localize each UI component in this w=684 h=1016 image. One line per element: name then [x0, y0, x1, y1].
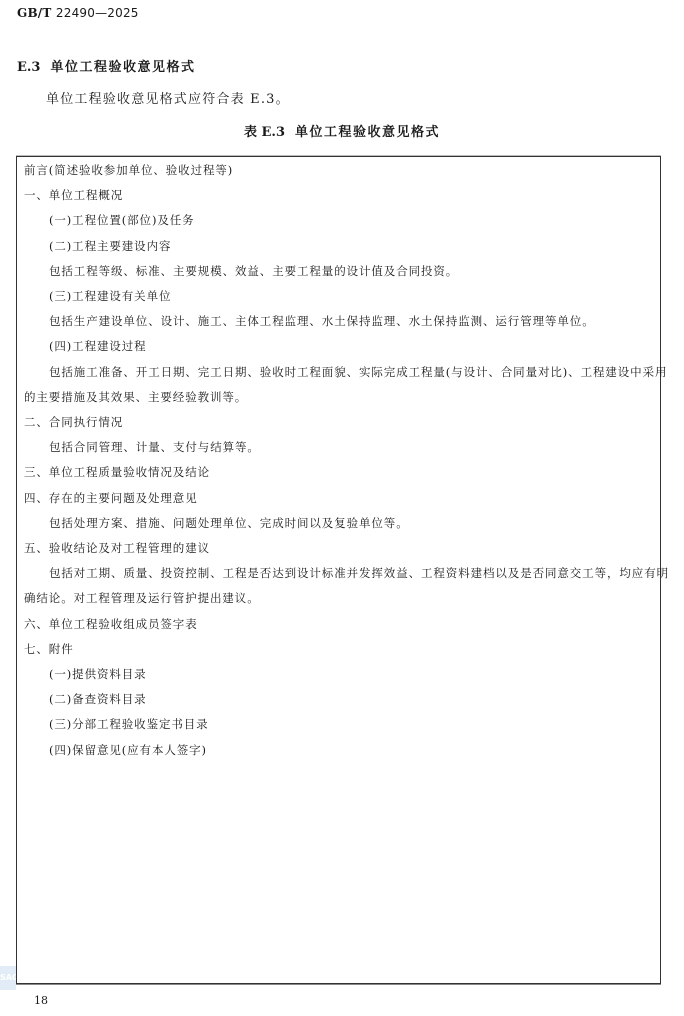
form-line: 二、合同执行情况	[24, 414, 123, 430]
standard-number: 22490—2025	[56, 6, 139, 20]
form-line: (三)工程建设有关单位	[49, 288, 171, 304]
form-line: (二)工程主要建设内容	[49, 238, 171, 254]
form-line: 七、附件	[24, 641, 74, 657]
form-line: 确结论。对工程管理及运行管护提出建议。	[24, 590, 260, 606]
form-line: 的主要措施及其效果、主要经验教训等。	[24, 389, 247, 405]
document-header: GB/T 22490—2025	[17, 6, 139, 20]
intro-paragraph: 单位工程验收意见格式应符合表 E.3。	[46, 88, 290, 107]
page-number: 18	[34, 994, 48, 1007]
form-line: 包括工程等级、标准、主要规模、效益、主要工程量的设计值及合同投资。	[49, 263, 458, 279]
table-code: 表 E.3	[244, 125, 285, 140]
form-line: 包括合同管理、计量、支付与结算等。	[49, 439, 260, 455]
sac-watermark: SAC	[0, 966, 16, 990]
form-line: 包括生产建设单位、设计、施工、主体工程监理、水土保持监理、水土保持监测、运行管理…	[49, 313, 595, 329]
section-title-text: 单位工程验收意见格式	[50, 60, 195, 75]
form-line: (四)工程建设过程	[49, 338, 147, 354]
form-line: 一、单位工程概况	[24, 187, 123, 203]
form-line: 包括对工期、质量、投资控制、工程是否达到设计标准并发挥效益、工程资料建档以及是否…	[49, 565, 669, 581]
form-line: 四、存在的主要问题及处理意见	[24, 490, 198, 506]
form-line: 六、单位工程验收组成员签字表	[24, 616, 198, 632]
form-line: (三)分部工程验收鉴定书目录	[49, 716, 209, 732]
form-line: (一)提供资料目录	[49, 666, 147, 682]
table-caption: 表 E.3单位工程验收意见格式	[0, 121, 684, 140]
section-code: E.3	[17, 60, 40, 75]
form-line: (二)备查资料目录	[49, 691, 147, 707]
form-line: (一)工程位置(部位)及任务	[49, 212, 195, 228]
table-title: 单位工程验收意见格式	[295, 125, 440, 140]
form-line: 包括施工准备、开工日期、完工日期、验收时工程面貌、实际完成工程量(与设计、合同量…	[49, 364, 667, 380]
section-heading: E.3单位工程验收意见格式	[17, 56, 196, 75]
form-line: 前言(简述验收参加单位、验收过程等)	[24, 162, 233, 178]
form-line: (四)保留意见(应有本人签字)	[49, 742, 207, 758]
form-line: 五、验收结论及对工程管理的建议	[24, 540, 210, 556]
form-line: 三、单位工程质量验收情况及结论	[24, 464, 210, 480]
form-line: 包括处理方案、措施、问题处理单位、完成时间以及复验单位等。	[49, 515, 409, 531]
form-template-box: 前言(简述验收参加单位、验收过程等)一、单位工程概况(一)工程位置(部位)及任务…	[16, 156, 661, 984]
standard-prefix: GB/T	[17, 6, 52, 20]
